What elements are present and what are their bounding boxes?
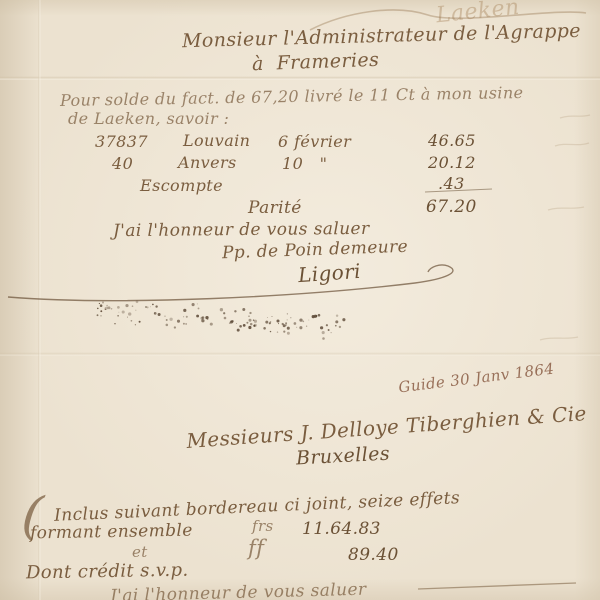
ink-spatter	[97, 300, 346, 339]
salutation-line2: à Frameries	[252, 50, 380, 75]
total-label: Parité	[248, 199, 302, 218]
bleedthrough-ghost-marks	[540, 115, 590, 340]
et-label: et	[132, 544, 148, 561]
escompte-label: Escompte	[140, 177, 223, 195]
table-row-place: Anvers	[178, 154, 237, 172]
closing-dash	[418, 583, 576, 589]
escompte-value: .43	[438, 175, 465, 193]
signature: Ligori	[297, 260, 361, 286]
closing-line1: J'ai l'honneur de vous saluer	[113, 220, 370, 241]
currency2-label: ff	[248, 537, 264, 560]
table-row-amount: 20.12	[428, 154, 476, 172]
credit-line: Dont crédit s.v.p.	[26, 561, 189, 584]
body1-line2: de Laeken, savoir :	[68, 110, 229, 128]
table-row-amount: 46.65	[428, 132, 476, 150]
table-row-due: 10 "	[282, 155, 327, 173]
dateline: Guide 30 Janv 1864	[398, 361, 556, 396]
fold-crease-horizontal-top	[0, 76, 600, 80]
table-row-ref: 37837	[95, 133, 148, 151]
fold-crease-horizontal-middle	[0, 352, 600, 356]
body1-line1: Pour solde du fact. de 67,20 livré le 11…	[60, 84, 524, 110]
letter-page: Laeken Monsieur l'Administrateur de l'Ag…	[0, 0, 600, 600]
per-procura-line: Pp. de Poin demeure	[222, 238, 409, 263]
body2-line2: formant ensemble	[30, 522, 193, 544]
total-value: 67.20	[426, 198, 477, 217]
table-row-ref: 40	[112, 155, 133, 173]
salutation-line1: Monsieur l'Administrateur de l'Agrappe	[182, 21, 581, 52]
table-row-due: 6 février	[278, 133, 351, 151]
table-row-place: Louvain	[183, 132, 250, 150]
address-line2: Bruxelles	[296, 444, 391, 470]
amount2-value: 89.40	[348, 546, 399, 565]
amount1-value: 11.64.83	[302, 520, 381, 539]
closing-line2: J'ai l'honneur de vous saluer	[110, 581, 367, 600]
currency1-label: frs	[252, 518, 274, 535]
signature-flourish-underline	[8, 265, 453, 301]
